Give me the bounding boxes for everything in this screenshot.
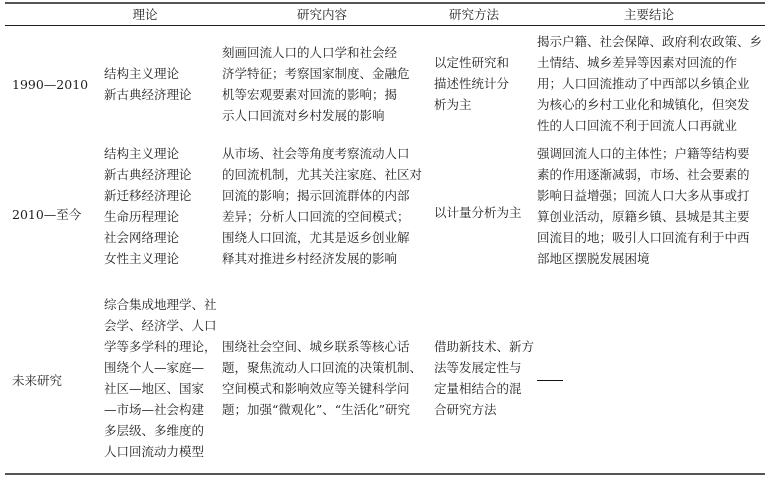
method-line: 法等发展定性与: [434, 357, 534, 378]
method-cell: 以计量分析为主: [434, 202, 522, 223]
content-line: 题，聚焦流动人口回流的决策机制、: [222, 357, 422, 378]
conclusion-cell: 揭示户籍、社会保障、政府利农政策、乡 土情结、城乡差异等因素对回流的作 用；人口…: [537, 31, 762, 136]
header-method: 研究方法: [424, 5, 524, 25]
method-line: 描述性统计分: [434, 73, 509, 94]
method-cell: 以定性研究和 描述性统计分 析为主: [434, 52, 509, 115]
conclusion-line: 用；人口回流推动了中西部以乡镇企业: [537, 73, 762, 94]
header-theory: 理论: [105, 5, 185, 25]
content-line: 机等宏观要素对回流的影响；揭: [222, 84, 410, 105]
table-top-rule: [5, 2, 765, 4]
conclusion-line: 强调回流人口的主体性；户籍等结构要: [537, 143, 750, 164]
theory-line: 新古典经济理论: [104, 164, 192, 185]
conclusion-line: 为核心的乡村工业化和城镇化，但突发: [537, 94, 762, 115]
theory-line: 结构主义理论: [104, 143, 192, 164]
content-cell: 从市场、社会等角度考察流动人口 的回流机制，尤其关注家庭、社区对 回流的影响；揭…: [222, 143, 422, 269]
method-line: 合研究方法: [434, 399, 534, 420]
theory-line: 新古典经济理论: [104, 84, 192, 105]
theory-line: 综合集成地理学、社: [104, 294, 217, 315]
conclusion-cell: [537, 369, 563, 390]
header-conclusion: 主要结论: [535, 5, 763, 25]
content-cell: 刻画回流人口的人口学和社会经 济学特征；考察国家制度、金融危 机等宏观要素对回流…: [222, 42, 410, 126]
theory-cell: 结构主义理论 新古典经济理论: [104, 63, 192, 105]
conclusion-line: 土情结、城乡差异等因素对回流的作: [537, 52, 762, 73]
content-line: 的回流机制，尤其关注家庭、社区对: [222, 164, 422, 185]
method-cell: 借助新技术、新方 法等发展定性与 定量相结合的混 合研究方法: [434, 336, 534, 420]
conclusion-line: 素的作用逐渐减弱，市场、社会要素的: [537, 164, 750, 185]
content-line: 释其对推进乡村经济发展的影响: [222, 248, 422, 269]
conclusion-line: 部地区摆脱发展困境: [537, 248, 750, 269]
content-cell: 围绕社会空间、城乡联系等核心话 题，聚焦流动人口回流的决策机制、 空间模式和影响…: [222, 336, 422, 420]
table-header-rule: [5, 25, 765, 26]
method-line: 析为主: [434, 94, 509, 115]
theory-line: 新迁移经济理论: [104, 185, 192, 206]
content-line: 空间模式和影响效应等关键科学问: [222, 378, 422, 399]
theory-line: 女性主义理论: [104, 248, 192, 269]
method-line: 借助新技术、新方: [434, 336, 534, 357]
conclusion-line: 性的人口回流不利于回流人口再就业: [537, 115, 762, 136]
theory-line: 会学、经济学、人口: [104, 315, 217, 336]
theory-line: 围绕个人—家庭—: [104, 357, 217, 378]
theory-line: 社会网络理论: [104, 227, 192, 248]
method-line: 定量相结合的混: [434, 378, 534, 399]
conclusion-line: 回流目的地；吸引人口回流有利于中西: [537, 227, 750, 248]
conclusion-line: 算创业活动，原籍乡镇、县城是其主要: [537, 206, 750, 227]
period-cell: 2010—至今: [12, 204, 81, 225]
theory-line: 结构主义理论: [104, 63, 192, 84]
conclusion-line: 揭示户籍、社会保障、政府利农政策、乡: [537, 31, 762, 52]
content-line: 回流的影响；揭示回流群体的内部: [222, 185, 422, 206]
content-line: 济学特征；考察国家制度、金融危: [222, 63, 410, 84]
conclusion-cell: 强调回流人口的主体性；户籍等结构要 素的作用逐渐减弱，市场、社会要素的 影响日益…: [537, 143, 750, 269]
theory-cell: 综合集成地理学、社 会学、经济学、人口 学等多学科的理论， 围绕个人—家庭— 社…: [104, 294, 217, 462]
theory-line: 多层级、多维度的: [104, 420, 217, 441]
content-line: 差异；分析人口回流的空间模式；: [222, 206, 422, 227]
theory-line: 人口回流动力模型: [104, 441, 217, 462]
theory-line: 生命历程理论: [104, 206, 192, 227]
conclusion-line: 影响日益增强；回流人口大多从事或打: [537, 185, 750, 206]
period-cell: 未来研究: [12, 370, 62, 391]
header-content: 研究内容: [222, 5, 422, 25]
theory-cell: 结构主义理论 新古典经济理论 新迁移经济理论 生命历程理论 社会网络理论 女性主…: [104, 143, 192, 269]
content-line: 刻画回流人口的人口学和社会经: [222, 42, 410, 63]
method-line: 以定性研究和: [434, 52, 509, 73]
empty-dash: [537, 380, 563, 381]
period-cell: 1990—2010: [12, 74, 88, 95]
content-line: 围绕社会空间、城乡联系等核心话: [222, 336, 422, 357]
table-bottom-rule: [5, 473, 765, 475]
method-line: 以计量分析为主: [434, 202, 522, 223]
content-line: 从市场、社会等角度考察流动人口: [222, 143, 422, 164]
theory-line: —市场—社会构建: [104, 399, 217, 420]
content-line: 示人口回流对乡村发展的影响: [222, 105, 410, 126]
theory-line: 社区—地区、国家: [104, 378, 217, 399]
content-line: 题；加强“微观化”、“生活化”研究: [222, 399, 422, 420]
theory-line: 学等多学科的理论，: [104, 336, 217, 357]
content-line: 围绕人口回流，尤其是返乡创业解: [222, 227, 422, 248]
